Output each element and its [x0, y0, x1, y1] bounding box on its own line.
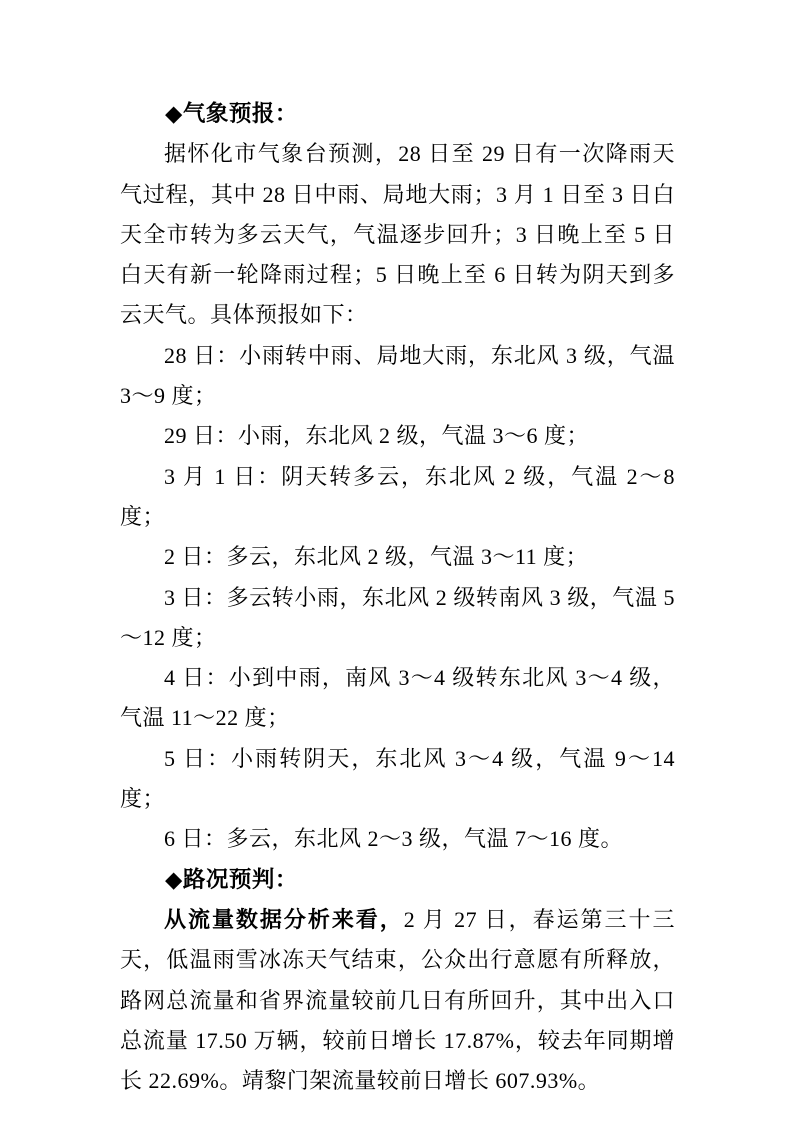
forecast-line-day29: 29 日：小雨，东北风 2 级，气温 3～6 度；: [120, 416, 675, 456]
road-analysis-body: 2 月 27 日，春运第三十三天，低温雨雪冰冻天气结束，公众出行意愿有所释放，路…: [120, 907, 675, 1093]
road-analysis-paragraph: 从流量数据分析来看，2 月 27 日，春运第三十三天，低温雨雪冰冻天气结束，公众…: [120, 900, 675, 1101]
forecast-line-mar2: 2 日：多云，东北风 2 级，气温 3～11 度；: [120, 537, 675, 577]
weather-intro-paragraph: 据怀化市气象台预测，28 日至 29 日有一次降雨天气过程，其中 28 日中雨、…: [120, 134, 675, 335]
forecast-line-mar4: 4 日：小到中雨，南风 3～4 级转东北风 3～4 级，气温 11～22 度；: [120, 658, 675, 739]
road-condition-heading: ◆路况预判：: [120, 860, 675, 900]
forecast-line-mar5: 5 日：小雨转阴天，东北风 3～4 级，气温 9～14 度；: [120, 739, 675, 820]
document-content: ◆气象预报： 据怀化市气象台预测，28 日至 29 日有一次降雨天气过程，其中 …: [120, 94, 675, 1101]
weather-forecast-heading-label: 气象预报：: [183, 101, 298, 126]
road-analysis-lead: 从流量数据分析来看，: [164, 907, 404, 932]
forecast-line-day28: 28 日：小雨转中雨、局地大雨，东北风 3 级，气温 3～9 度；: [120, 336, 675, 417]
weather-forecast-heading: ◆气象预报：: [120, 94, 675, 134]
forecast-line-mar1: 3 月 1 日：阴天转多云，东北风 2 级，气温 2～8 度；: [120, 457, 675, 538]
diamond-bullet-icon: ◆: [165, 101, 183, 126]
diamond-bullet-icon: ◆: [165, 867, 183, 892]
road-condition-heading-label: 路况预判：: [183, 867, 298, 892]
document-page: ◆气象预报： 据怀化市气象台预测，28 日至 29 日有一次降雨天气过程，其中 …: [0, 0, 793, 1122]
forecast-line-mar6: 6 日：多云，东北风 2～3 级，气温 7～16 度。: [120, 819, 675, 859]
forecast-line-mar3: 3 日：多云转小雨，东北风 2 级转南风 3 级，气温 5～12 度；: [120, 578, 675, 659]
